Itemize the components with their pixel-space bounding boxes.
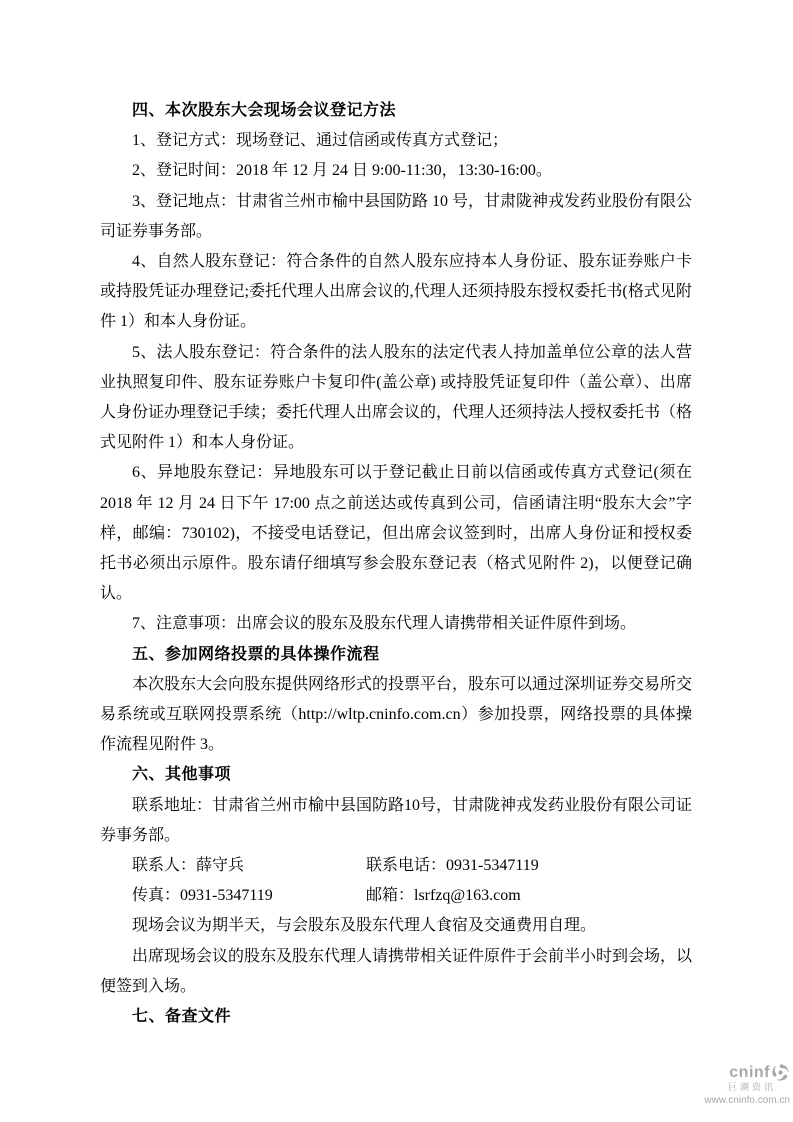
document-page: 四、本次股东大会现场会议登记方法 1、登记方式：现场登记、通过信函或传真方式登记… bbox=[0, 0, 793, 1122]
contact-row-1: 联系人：薛守兵 联系电话：0931-5347119 bbox=[100, 851, 692, 881]
paragraph-contact-address: 联系地址：甘肃省兰州市榆中县国防路10号，甘肃陇神戎发药业股份有限公司证券事务部… bbox=[100, 791, 692, 851]
logo-url: www.cninfo.com.cn bbox=[680, 1095, 790, 1106]
paragraph-natural-person-registration: 4、自然人股东登记：符合条件的自然人股东应持本人身份证、股东证券账户卡或持股凭证… bbox=[100, 247, 692, 338]
contact-row-2: 传真：0931-5347119 邮箱：lsrfzq@163.com bbox=[100, 881, 692, 911]
paragraph-registration-time: 2、登记时间：2018 年 12 月 24 日 9:00-11:30，13:30… bbox=[100, 156, 692, 186]
paragraph-meeting-duration: 现场会议为期半天，与会股东及股东代理人食宿及交通费用自理。 bbox=[100, 911, 692, 941]
paragraph-remote-registration: 6、异地股东登记：异地股东可以于登记截止日前以信函或传真方式登记(须在 2018… bbox=[100, 458, 692, 609]
paragraph-registration-method: 1、登记方式：现场登记、通过信函或传真方式登记； bbox=[100, 126, 692, 156]
cninfo-swirl-icon bbox=[771, 1063, 790, 1082]
paragraph-notes: 7、注意事项：出席会议的股东及股东代理人请携带相关证件原件到场。 bbox=[100, 609, 692, 639]
paragraph-online-voting: 本次股东大会向股东提供网络形式的投票平台，股东可以通过深圳证券交易所交易系统或互… bbox=[100, 670, 692, 761]
document-body: 四、本次股东大会现场会议登记方法 1、登记方式：现场登记、通过信函或传真方式登记… bbox=[100, 96, 692, 1032]
logo-wordmark: cninf bbox=[729, 1064, 770, 1082]
paragraph-registration-place: 3、登记地点：甘肃省兰州市榆中县国防路 10 号，甘肃陇神戎发药业股份有限公司证… bbox=[100, 187, 692, 247]
contact-email: 邮箱：lsrfzq@163.com bbox=[366, 887, 521, 904]
section-heading-6: 六、其他事项 bbox=[100, 760, 692, 790]
section-heading-4: 四、本次股东大会现场会议登记方法 bbox=[100, 96, 692, 126]
paragraph-arrival-notice: 出席现场会议的股东及股东代理人请携带相关证件原件于会前半小时到会场，以便签到入场… bbox=[100, 942, 692, 1002]
contact-fax: 传真：0931-5347119 bbox=[132, 881, 362, 911]
section-heading-7: 七、备查文件 bbox=[100, 1002, 692, 1032]
section-heading-5: 五、参加网络投票的具体操作流程 bbox=[100, 640, 692, 670]
contact-person: 联系人：薛守兵 bbox=[132, 851, 362, 881]
paragraph-legal-person-registration: 5、法人股东登记：符合条件的法人股东的法定代表人持加盖单位公章的法人营业执照复印… bbox=[100, 338, 692, 459]
cninfo-logo: cninf 巨潮资讯 www.cninfo.com.cn bbox=[680, 1063, 790, 1106]
contact-phone: 联系电话：0931-5347119 bbox=[366, 857, 539, 874]
logo-cn-name: 巨潮资讯 bbox=[680, 1083, 790, 1093]
